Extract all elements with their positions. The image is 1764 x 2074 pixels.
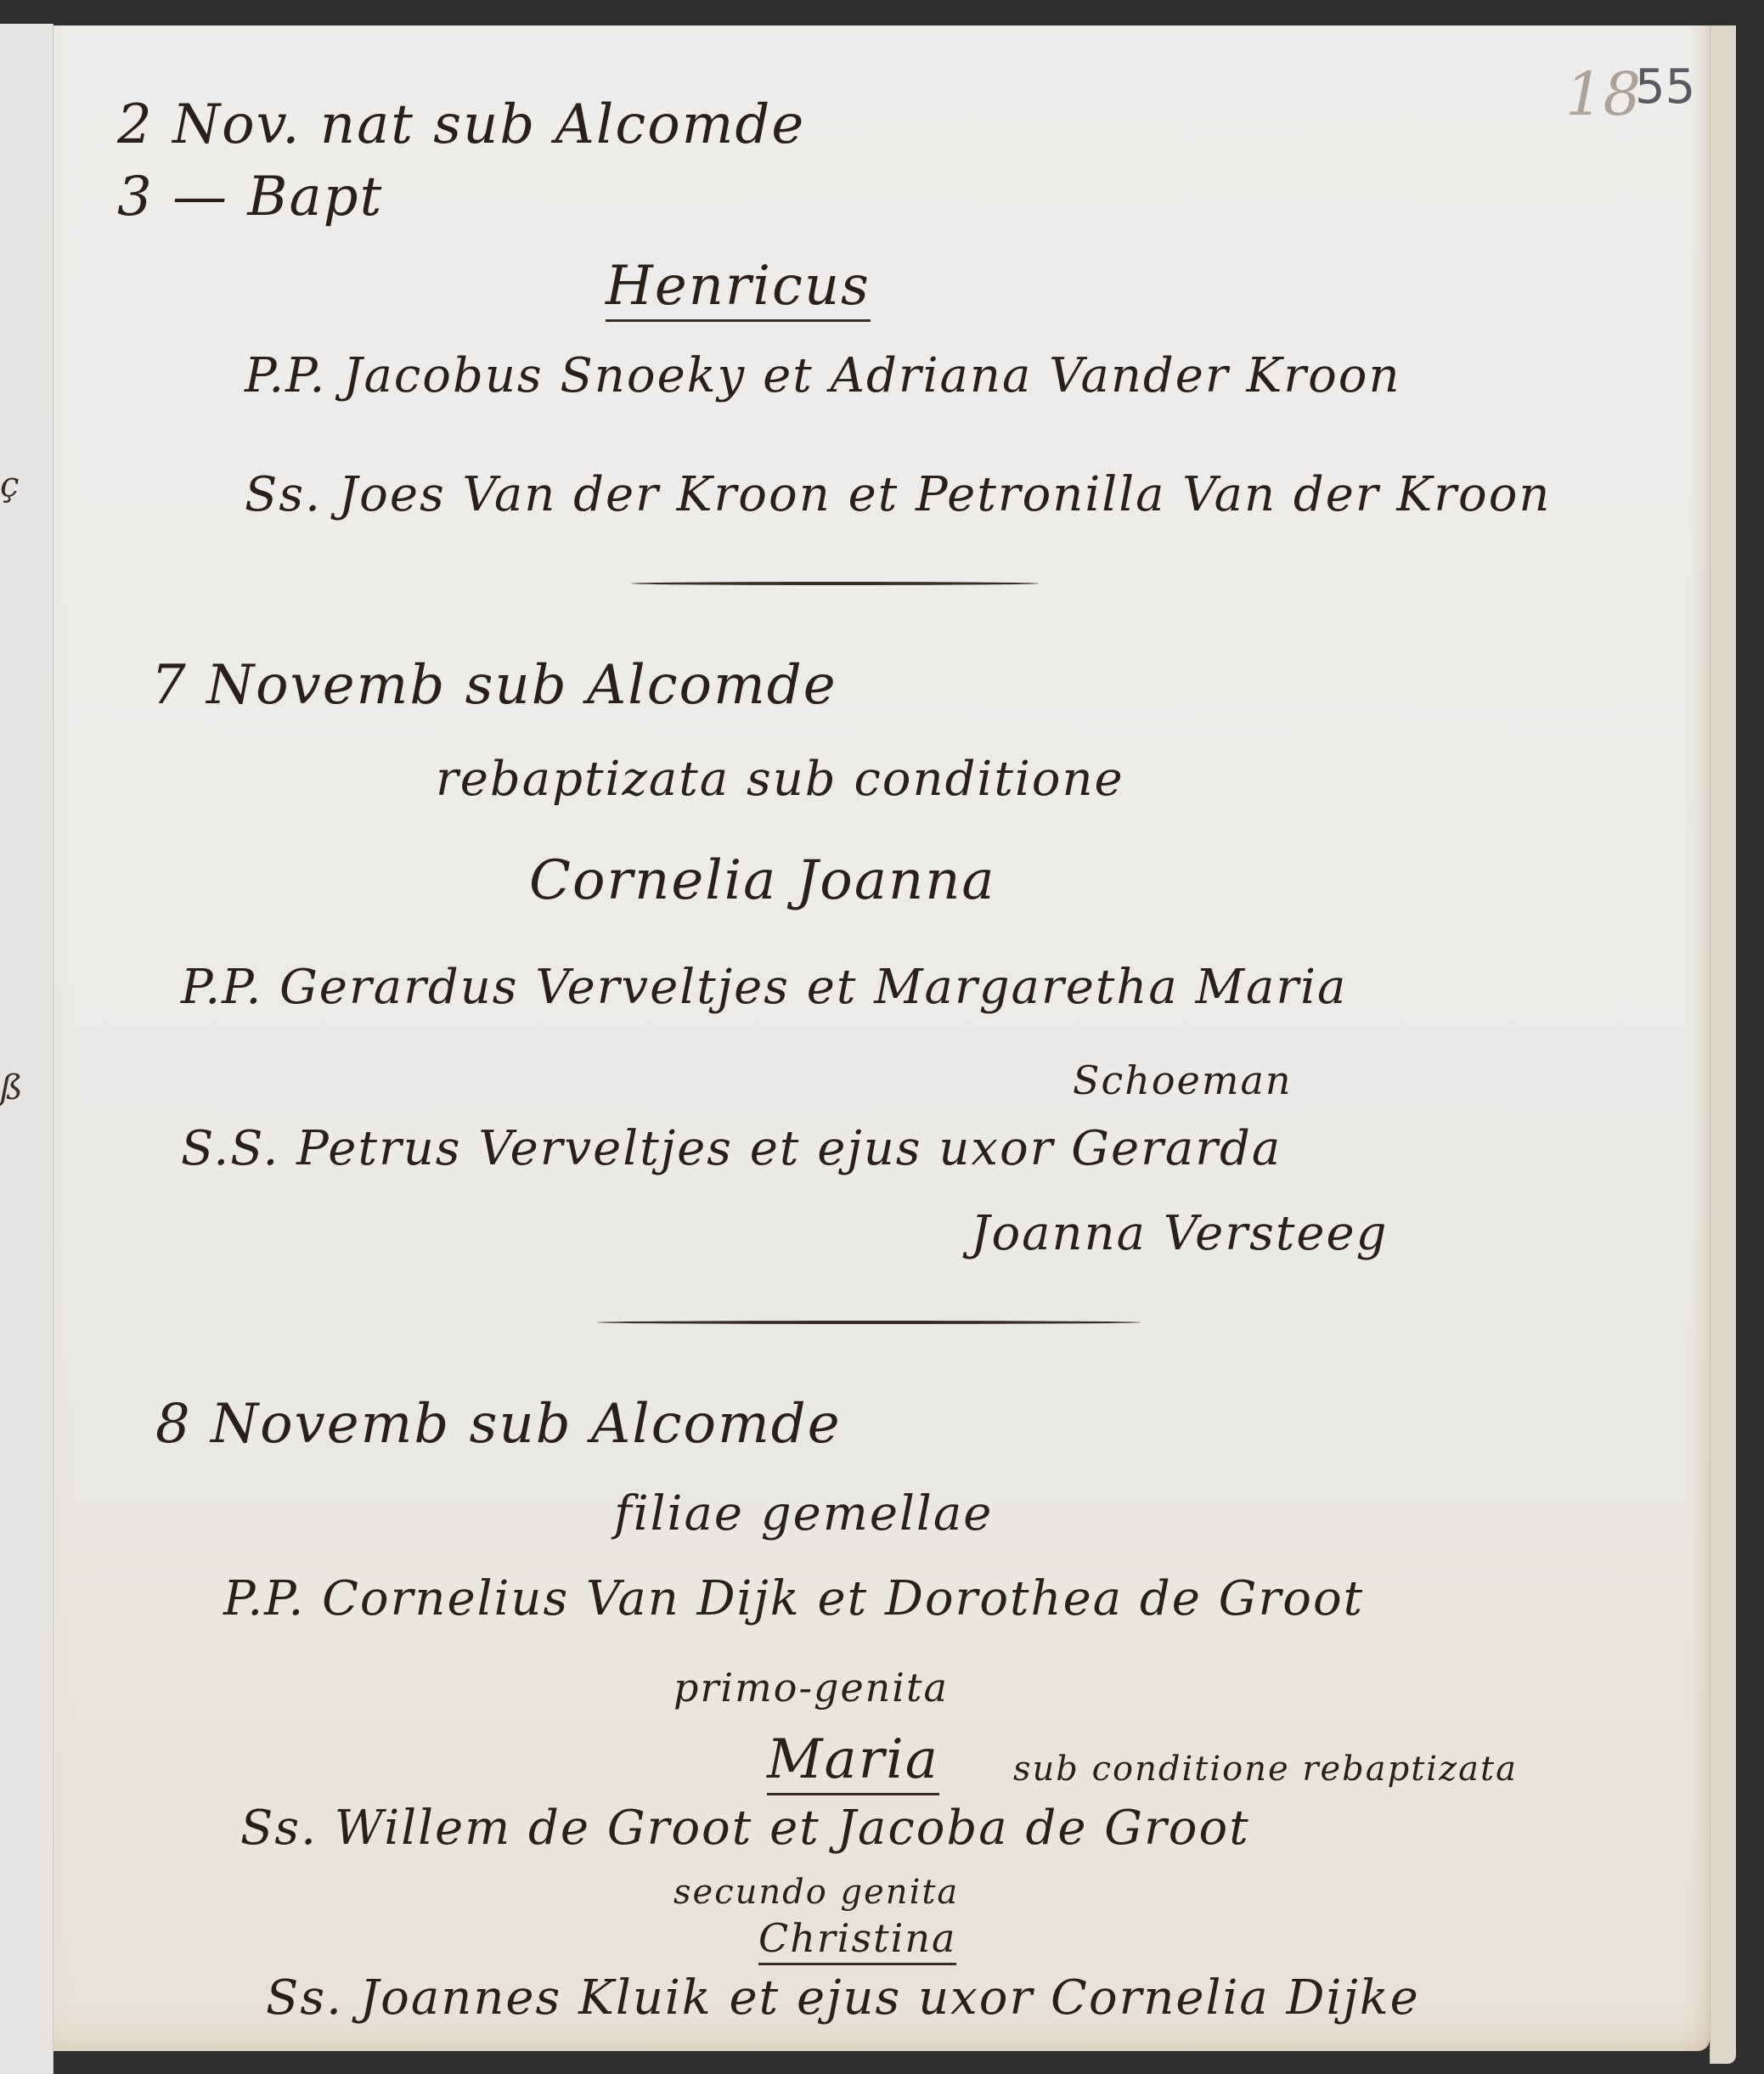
register-page: 18 55 2 Nov. nat sub Alcomde 3 — Bapt He… bbox=[54, 25, 1710, 2051]
godparents-line: Ss. Joes Van der Kroon et Petronilla Van… bbox=[245, 467, 1552, 522]
page-number: 55 bbox=[1635, 59, 1695, 115]
godparents-line: S.S. Petrus Verveltjes et ejus uxor Gera… bbox=[181, 1121, 1282, 1176]
entry-date: 2 Nov. nat sub Alcomde bbox=[117, 93, 805, 156]
first-child-note: sub conditione rebaptizata bbox=[1013, 1750, 1518, 1789]
first-born-label: primo-genita bbox=[673, 1665, 949, 1710]
first-child-name: Maria bbox=[767, 1728, 939, 1795]
godparents-line-continued: Joanna Versteeg bbox=[971, 1206, 1388, 1261]
second-born-label: secundo genita bbox=[673, 1873, 959, 1912]
parents-line-continued: Schoeman bbox=[1073, 1057, 1293, 1103]
previous-page-fragment: ß bbox=[0, 1068, 23, 1107]
faded-year-mark: 18 bbox=[1565, 59, 1641, 129]
entry-separator bbox=[597, 1321, 1141, 1324]
entry-baptism-date: 3 — Bapt bbox=[117, 166, 383, 228]
scanned-register-spread: ç ß 18 55 2 Nov. nat sub Alcomde 3 — Bap… bbox=[0, 0, 1764, 2074]
page-stack-edge bbox=[1710, 25, 1736, 2064]
first-godparents-line: Ss. Willem de Groot et Jacoba de Groot bbox=[240, 1801, 1250, 1856]
entry-note: rebaptizata sub conditione bbox=[436, 752, 1124, 807]
parents-line: P.P. Cornelius Van Dijk et Dorothea de G… bbox=[223, 1571, 1364, 1626]
entry-date: 8 Novemb sub Alcomde bbox=[155, 1393, 842, 1456]
previous-page-fragment: ç bbox=[0, 465, 19, 504]
entry-date: 7 Novemb sub Alcomde bbox=[151, 654, 837, 717]
previous-page-margin: ç ß bbox=[0, 24, 54, 2074]
entry-separator bbox=[631, 582, 1039, 585]
second-child-name: Christina bbox=[758, 1915, 956, 1965]
child-name: Cornelia Joanna bbox=[529, 849, 996, 912]
entry-note: filiae gemellae bbox=[614, 1486, 993, 1541]
second-godparents-line: Ss. Joannes Kluik et ejus uxor Cornelia … bbox=[266, 1970, 1420, 2026]
child-name: Henricus bbox=[606, 255, 871, 322]
parents-line: P.P. Gerardus Verveltjes et Margaretha M… bbox=[181, 960, 1347, 1015]
parents-line: P.P. Jacobus Snoeky et Adriana Vander Kr… bbox=[245, 348, 1401, 403]
